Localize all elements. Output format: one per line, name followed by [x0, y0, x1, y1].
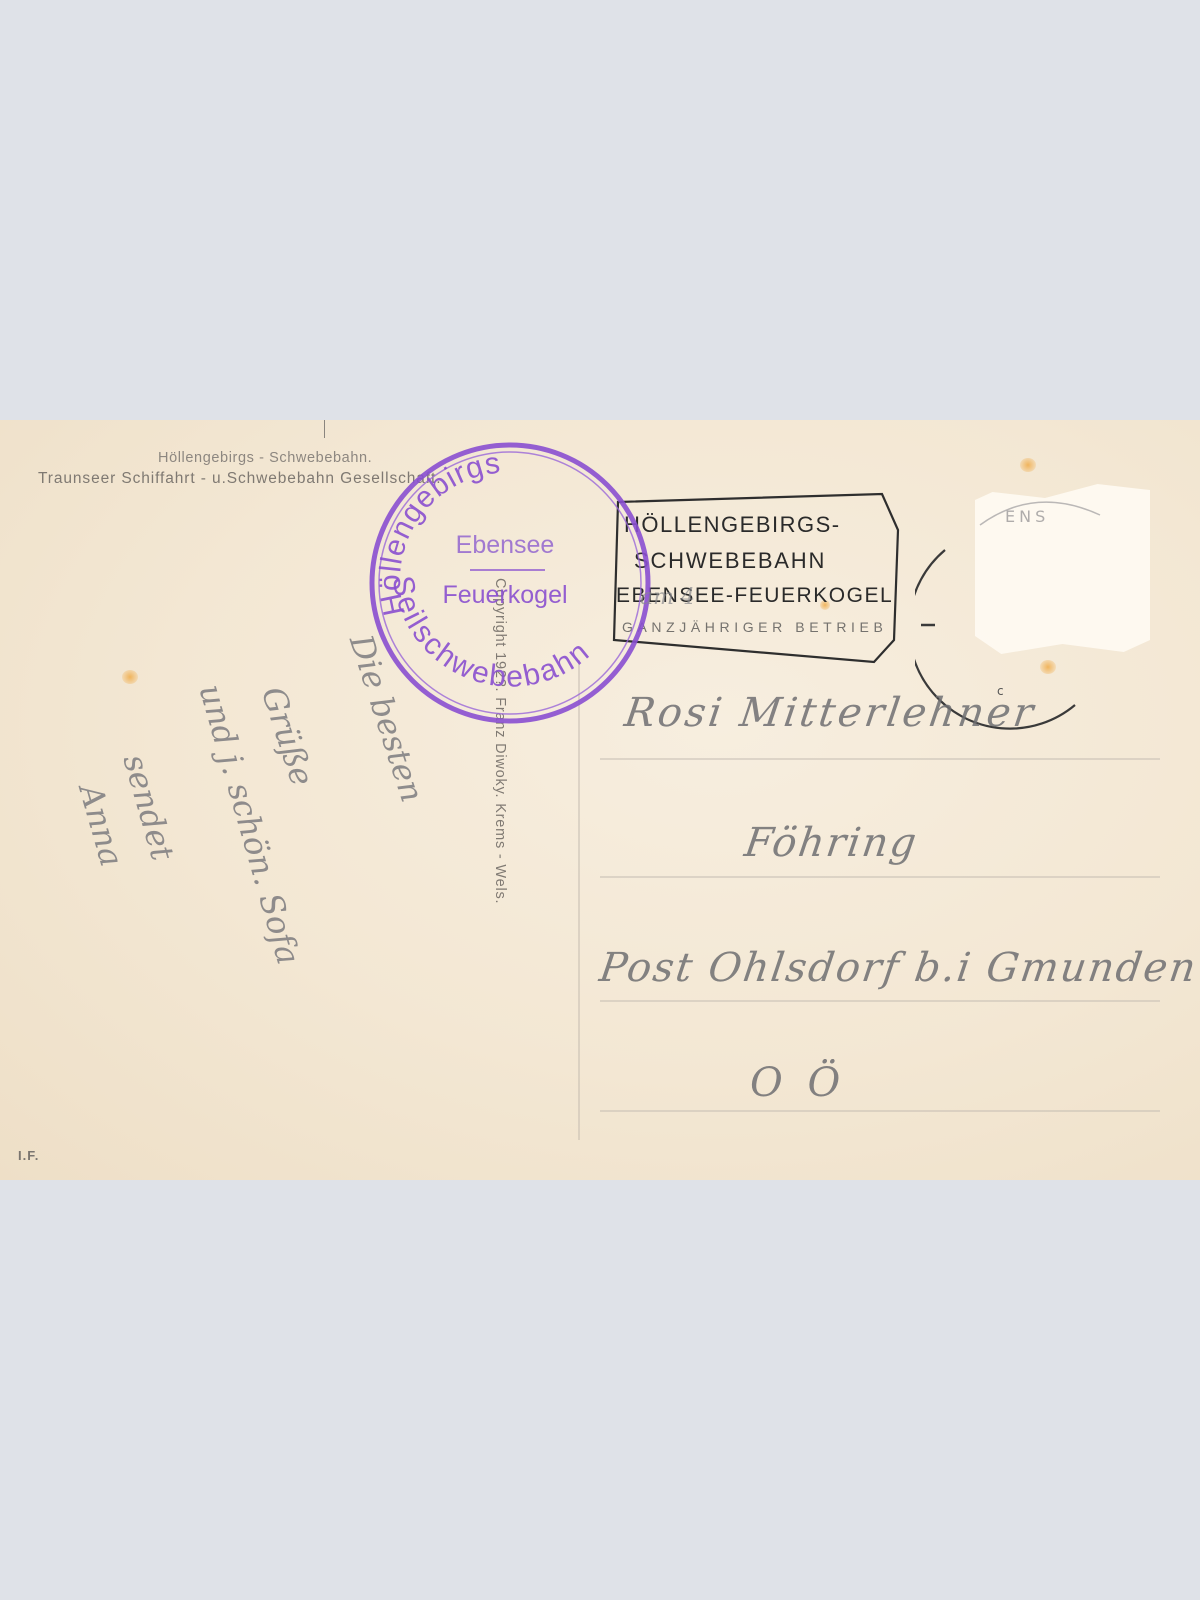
- foxing-stain: [122, 670, 138, 684]
- address-region: O Ö: [750, 1060, 846, 1106]
- framed-cancel-stamp: HÖLLENGEBIRGS- SCHWEBEBAHN EBENSEE-FEUER…: [612, 490, 902, 665]
- cancel-line-1: HÖLLENGEBIRGS-: [624, 512, 841, 537]
- postmark-partial-text: ENS: [975, 490, 1115, 530]
- message-address-divider: [578, 660, 580, 1140]
- svg-text:ENS: ENS: [1005, 507, 1049, 526]
- address-guide-line: [600, 876, 1160, 878]
- postcard: Höllengebirgs - Schwebebahn. Traunseer S…: [0, 420, 1200, 1180]
- message-line: Anna: [71, 780, 131, 871]
- address-post-office: Post Ohlsdorf b.i Gmunden: [597, 945, 1200, 991]
- cachet-center-bottom: Feuerkogel: [442, 581, 567, 609]
- print-tick: [324, 420, 325, 438]
- address-guide-line: [600, 758, 1160, 760]
- address-guide-line: [600, 1110, 1160, 1112]
- handwritten-note-overlay: am 4: [640, 585, 695, 610]
- cachet-stamp: Höllengebirgs Seilschwebebahn Ebensee Fe…: [365, 438, 655, 728]
- publisher-line-1: Höllengebirgs - Schwebebahn.: [158, 450, 372, 466]
- message-line: Grüße: [254, 682, 322, 791]
- imprint-mark: I.F.: [18, 1148, 39, 1163]
- address-recipient: Rosi Mitterlehner: [622, 690, 1039, 736]
- cachet-center-top: Ebensee: [456, 531, 555, 559]
- address-guide-line: [600, 1000, 1160, 1002]
- cancel-line-4: GANZJÄHRIGER BETRIEB: [622, 619, 884, 635]
- foxing-stain: [1020, 458, 1036, 472]
- address-locality: Föhring: [742, 820, 921, 866]
- cancel-line-2: SCHWEBEBAHN: [634, 548, 826, 573]
